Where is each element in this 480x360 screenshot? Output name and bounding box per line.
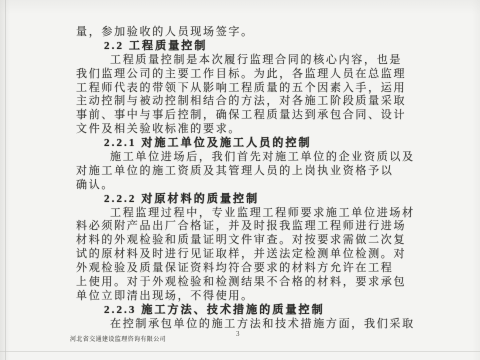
page-number: 3 [236,330,240,338]
section-heading-2-2-2: 2.2.2 对原材料的质量控制 [76,193,418,207]
text-line: 在控制承包单位的施工方法和技术措施方面，我们采取 [76,318,418,332]
text-line: 工程监理过程中，专业监理工程师要求施工单位进场材 [76,207,418,221]
document-body: 量，参加验收的人员现场签字。 2.2 工程质量控制 工程质量控制是本次履行监理合… [76,26,418,332]
footer-company-name: 河北省交通建设监理咨询有限公司 [70,334,166,343]
scan-edge-artifact [5,0,6,360]
text-line: 量，参加验收的人员现场签字。 [76,26,418,40]
text-line: 确认。 [76,179,418,193]
section-heading-2-2-1: 2.2.1 对施工单位及施工人员的控制 [76,137,418,151]
text-line: 工程质量控制是本次履行监理合同的核心内容，也是 [76,54,418,68]
text-line: 试的原材料及时进行见证取样，并送法定检测单位检测。对 [76,248,418,262]
text-line: 工程师代表的带领下从影响工程质量的五个因素入手，运用 [76,82,418,96]
text-line: 材料的外观检验和质量证明文件审查。对按要求需做二次复 [76,234,418,248]
text-line: 文件及相关验收标准的要求。 [76,123,418,137]
text-line: 上使用。对于外观检验和检测结果不合格的材料，要求承包 [76,276,418,290]
section-heading-2-2-3: 2.2.3 施工方法、技术措施的质量控制 [76,304,418,318]
text-line: 料必须附产品出厂合格证，并及时报我监理工程师进行进场 [76,220,418,234]
text-line: 外观检验及质量保证资料均符合要求的材料方允许在工程 [76,262,418,276]
text-line: 施工单位进场后，我们首先对施工单位的企业资质以及 [76,151,418,165]
scanned-document-page: { "page": { "paper_color": "#f4f4f2", "i… [0,0,480,360]
text-line: 事前、事中与事后控制，确保工程质量达到承包合同、设计 [76,109,418,123]
text-line: 主动控制与被动控制相结合的方法，对各施工阶段质量采取 [76,95,418,109]
text-line: 对施工单位的施工资质及其管理人员的上岗执业资格予以 [76,165,418,179]
text-line: 我们监理公司的主要工作目标。为此，各监理人员在总监理 [76,68,418,82]
section-heading-2-2: 2.2 工程质量控制 [76,40,418,54]
scan-bottom-edge-artifact [0,351,480,352]
text-line: 单位立即清出现场，不得使用。 [76,290,418,304]
